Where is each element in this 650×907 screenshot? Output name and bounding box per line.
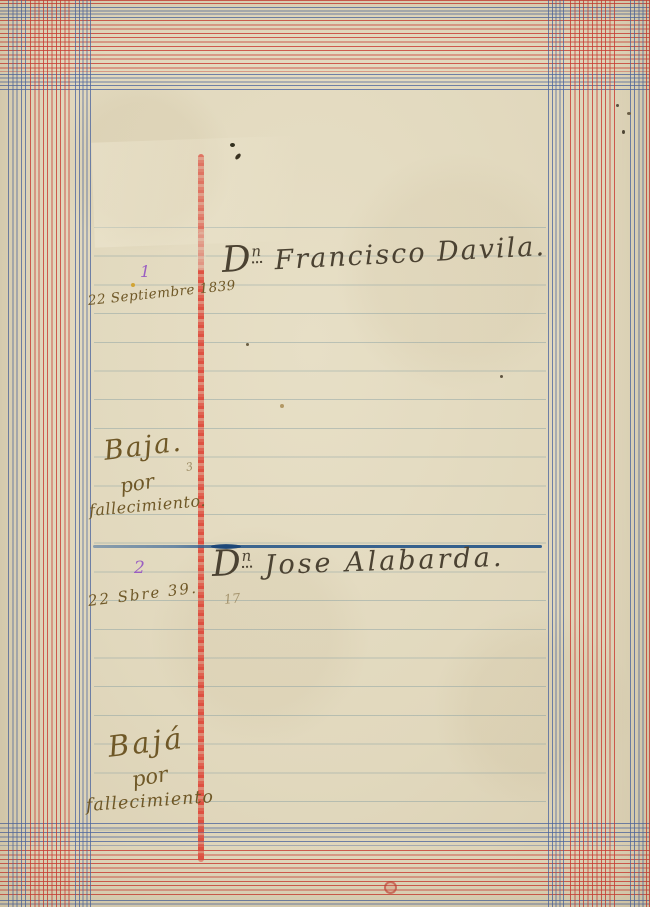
entry-1-stray-mark: 3 — [185, 460, 194, 474]
border-right-blue-outer — [630, 0, 647, 907]
entry-2-status-line-3: fallecimiento — [85, 787, 214, 816]
foxing-speck — [627, 112, 631, 115]
brown-stain — [280, 404, 284, 408]
border-right-red-edge — [646, 0, 650, 907]
entry-2-honorific-sup: n — [241, 547, 251, 568]
entry-1-number: 1 — [140, 262, 150, 281]
paper-crease-highlight — [91, 133, 365, 247]
red-column-rule-smudge-top — [197, 154, 206, 234]
entry-2-status-line-1: Bajá — [106, 721, 186, 764]
entry-1-date: 22 Septiembre 1839 — [87, 278, 236, 309]
entry-2-honorific: D — [211, 543, 241, 585]
border-left-blue-outer — [8, 0, 28, 907]
entry-2-status-line-2: por — [130, 762, 170, 792]
entry-1-status-line-2: por — [118, 469, 156, 498]
border-left-red-main — [30, 0, 73, 907]
entry-1-status-line-1: Baja. — [102, 426, 184, 466]
foxing-speck — [616, 104, 619, 107]
ink-speck — [500, 375, 503, 378]
entry-1-name-text: Francisco Davila. — [274, 231, 547, 276]
border-right-blue-inner — [548, 0, 567, 907]
entry-2-date: 22 Sbre 39. — [87, 579, 199, 610]
yellow-stain — [131, 283, 135, 287]
entry-2-number: 2 — [134, 558, 145, 578]
foxing-speck — [622, 130, 625, 134]
entry-1-honorific: D — [221, 239, 252, 281]
border-left-blue-inner — [75, 0, 94, 907]
ink-speck — [230, 143, 235, 147]
red-dot-mark — [384, 881, 397, 894]
entry-1-honorific-sup: n — [251, 242, 262, 263]
border-right-red-main — [570, 0, 618, 907]
ink-speck — [234, 153, 242, 161]
entry-1-status-line-3: fallecimiento. — [88, 491, 206, 520]
entry-2-name-text: Jose Alabarda. — [264, 542, 505, 581]
ledger-page: 1 22 Septiembre 1839 DnFrancisco Davila.… — [0, 0, 650, 907]
red-column-rule-smudge-mid — [197, 232, 206, 270]
entry-2-stray-mark: 17 — [223, 591, 241, 608]
entry-1-name: DnFrancisco Davila. — [221, 227, 547, 279]
ink-speck — [246, 343, 249, 346]
